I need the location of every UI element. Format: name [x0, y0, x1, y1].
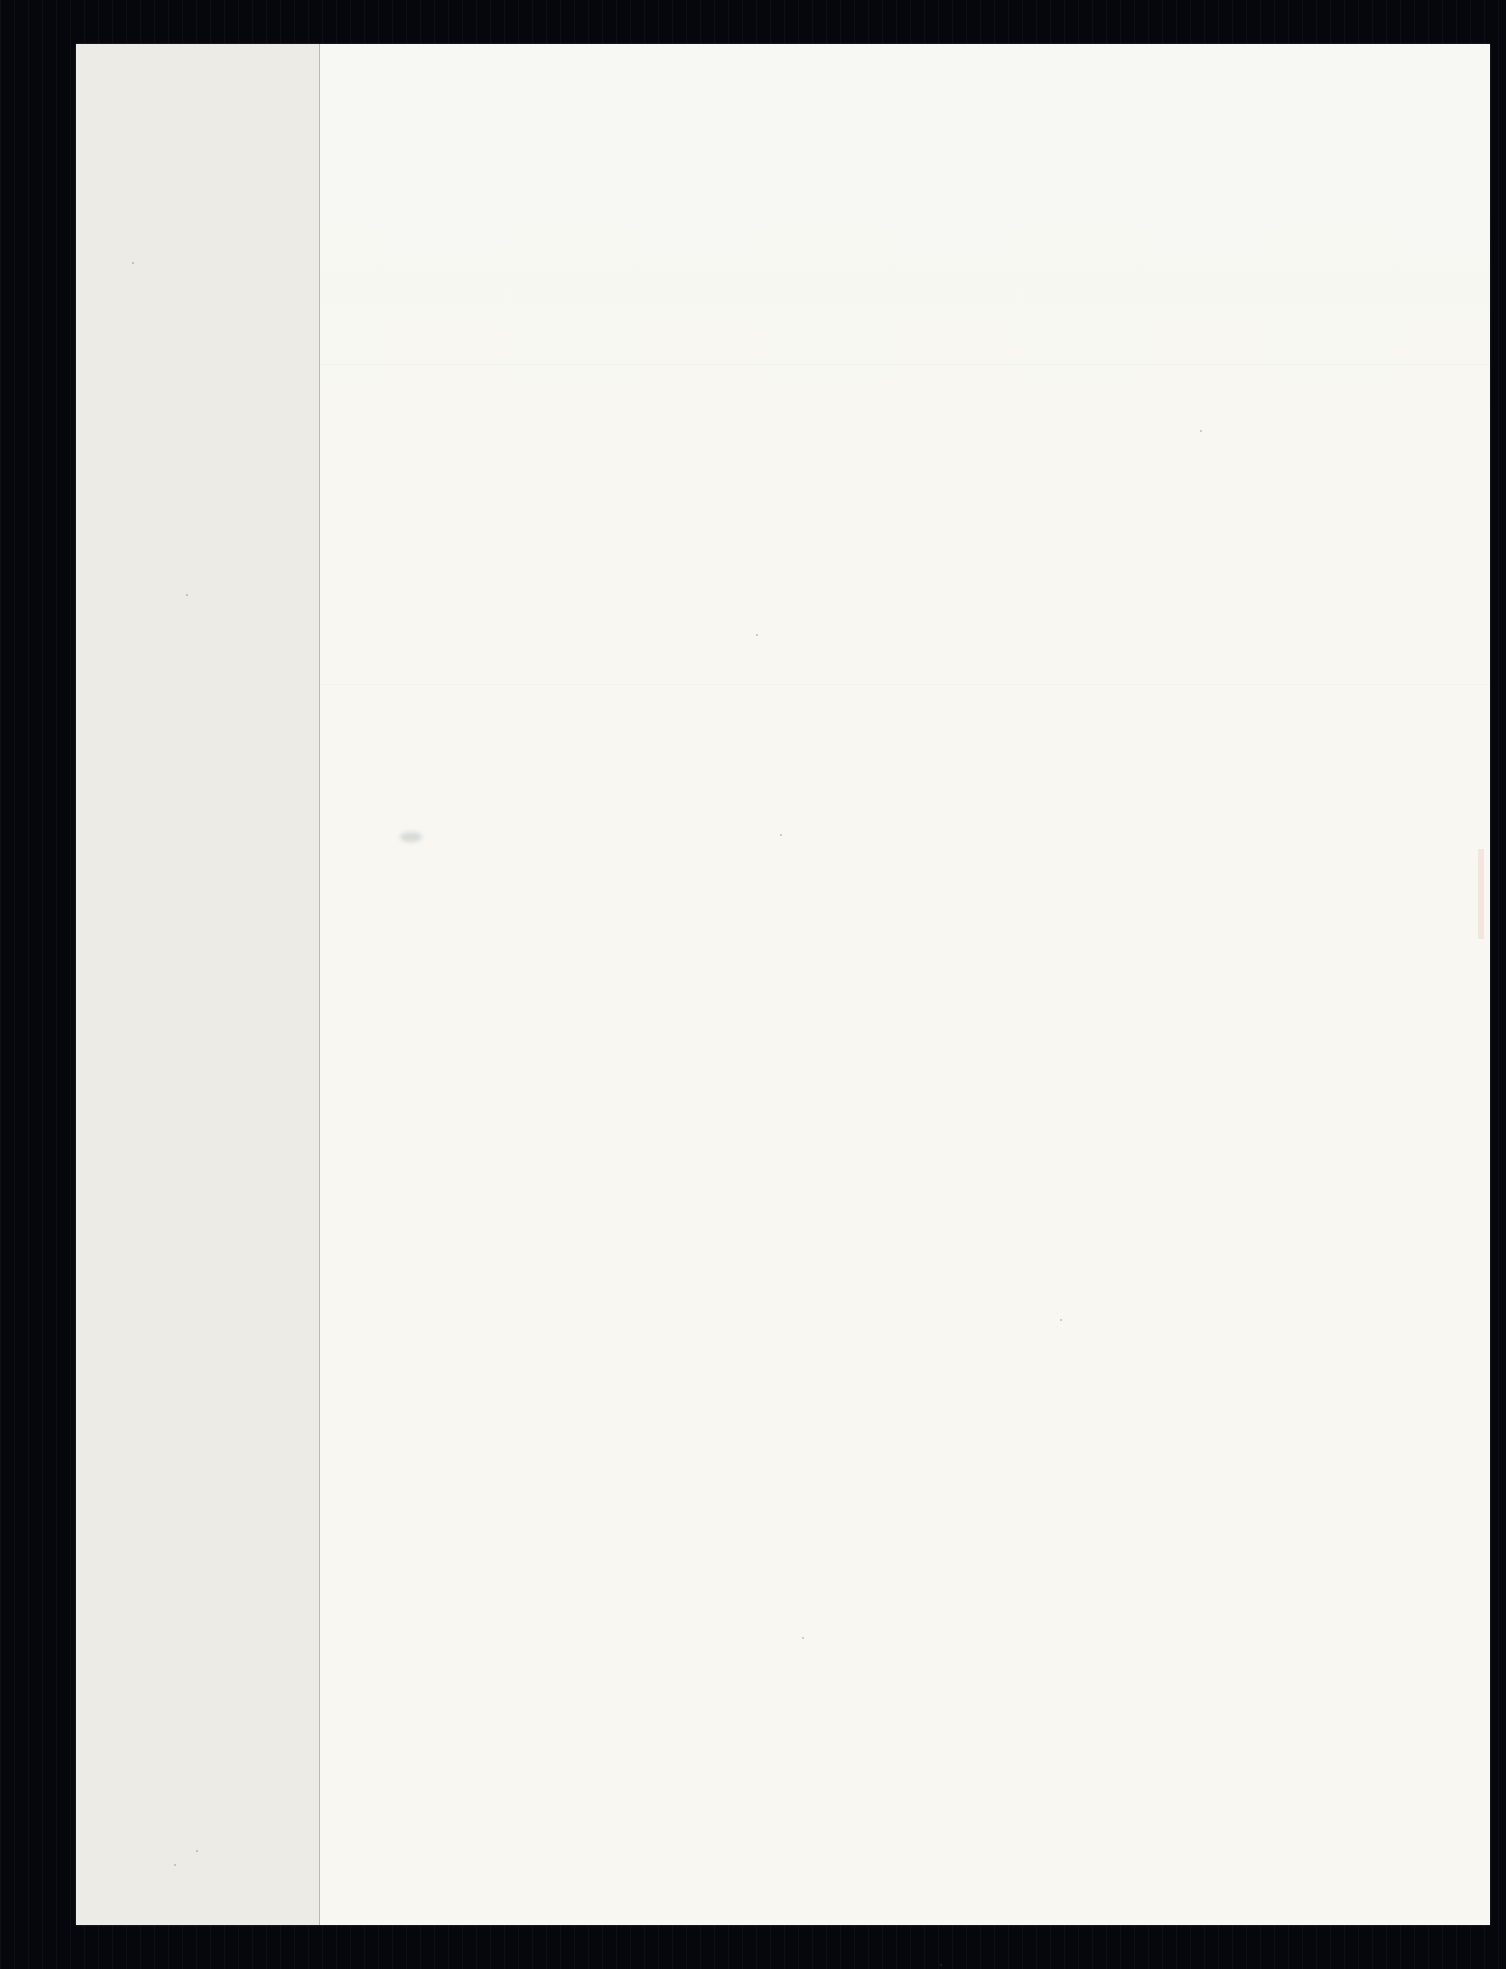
paper-speck	[196, 1850, 198, 1852]
main-page	[320, 44, 1490, 1925]
fold-line	[320, 364, 1490, 365]
paper-speck	[940, 1964, 942, 1966]
paper-speck	[802, 1637, 804, 1639]
paper-speck	[132, 262, 134, 264]
smudge-mark	[400, 832, 422, 842]
paper-speck	[756, 634, 758, 636]
paper-speck	[780, 834, 782, 836]
edge-tint	[1478, 849, 1484, 939]
paper-sheet	[76, 44, 1490, 1925]
fold-line	[320, 684, 1490, 685]
paper-speck	[174, 1864, 176, 1866]
paper-speck	[1200, 430, 1202, 432]
paper-speck	[186, 594, 188, 596]
left-flap	[76, 44, 320, 1925]
paper-speck	[1060, 1319, 1062, 1321]
